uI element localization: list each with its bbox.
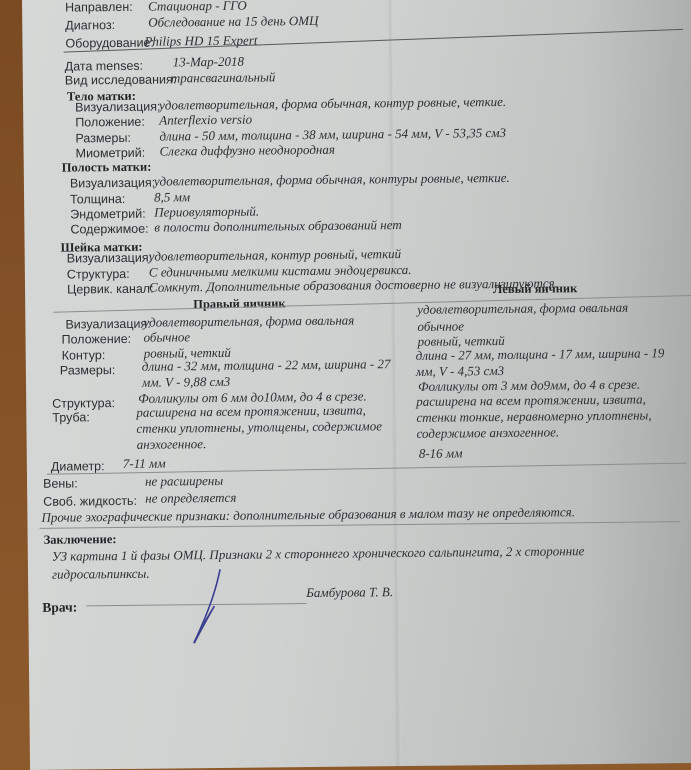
- left-ovary-visualization: удовлетворительная, форма овальная: [417, 300, 628, 318]
- right-ovary-position: обычное: [143, 329, 190, 345]
- ovary-position-label: Положение:: [61, 332, 131, 347]
- ovary-diameter-label: Диаметр:: [51, 459, 105, 474]
- left-ovary-tube: расширена на всем протяжении, извита, ст…: [416, 391, 676, 442]
- uterus-body-row-value: Anterflexio versio: [159, 112, 252, 129]
- right-ovary-tube: расширена на всем протяжении, извита, ст…: [136, 402, 396, 453]
- ovary-tube-label: Труба:: [52, 410, 90, 424]
- conclusion-title: Заключение:: [44, 532, 117, 548]
- right-ovary-title: Правый яичник: [193, 296, 286, 312]
- right-ovary-visualization: удовлетворительная, форма овальная: [143, 313, 354, 331]
- conclusion-text: УЗ картина 1 й фазы ОМЦ. Признаки 2 х ст…: [52, 541, 652, 583]
- left-ovary-diameter: 8-16 мм: [419, 445, 463, 461]
- diagnosis-label: Диагноз:: [65, 18, 115, 33]
- uterus-body-row-label: Визуализация:: [75, 100, 160, 115]
- menses-label: Дата menses:: [65, 59, 144, 74]
- doctor-label: Врач:: [42, 599, 77, 615]
- cervix-row-label: Структура:: [67, 267, 130, 282]
- uterus-cavity-row-label: Толщина:: [70, 192, 125, 207]
- left-ovary-size: длина - 27 мм, толщина - 17 мм, ширина -…: [416, 345, 686, 380]
- ovary-visualization-label: Визуализация:: [65, 317, 150, 332]
- ultrasound-report-page: Направлен: Стационар - ГГО Диагноз: Обсл…: [22, 0, 691, 770]
- veins-value: не расширены: [145, 473, 223, 490]
- free-fluid-value: не определяется: [145, 490, 236, 507]
- uterus-cavity-row-label: Содержимое:: [70, 222, 148, 237]
- uterus-cavity-row-value: удовлетворительная, форма обычная, конту…: [154, 170, 510, 190]
- referred-label: Направлен:: [65, 0, 133, 15]
- cervix-row-label: Визуализация:: [67, 251, 152, 266]
- menses-value: 13-Мар-2018: [173, 54, 244, 71]
- uterus-body-row-value: Слегка диффузно неоднородная: [160, 142, 335, 160]
- uterus-cavity-row-value: 8,5 мм: [154, 189, 190, 205]
- veins-label: Вены:: [43, 476, 78, 490]
- uterus-cavity-title: Полость матки:: [62, 160, 152, 176]
- free-fluid-label: Своб. жидкость:: [43, 494, 137, 509]
- right-ovary-diameter: 7-11 мм: [123, 456, 166, 472]
- uterus-body-row-label: Размеры:: [75, 131, 131, 146]
- doctor-name: Бамбурова Т. В.: [306, 584, 393, 601]
- exam-type-label: Вид исследования:: [65, 72, 177, 87]
- uterus-body-row-label: Положение:: [75, 115, 145, 130]
- diagnosis-value: Обследование на 15 день ОМЦ: [148, 13, 318, 31]
- ovary-size-label: Размеры:: [60, 363, 116, 378]
- uterus-cavity-row-label: Визуализация:: [70, 176, 155, 191]
- ovary-contour-label: Контур:: [62, 348, 106, 362]
- uterus-body-row-label: Миометрий:: [76, 146, 146, 161]
- uterus-body-row-value: удовлетворительная, форма обычная, конту…: [159, 94, 506, 114]
- exam-type-value: трансвагинальный: [171, 69, 276, 86]
- uterus-cavity-row-label: Эндометрий:: [70, 207, 146, 222]
- handwritten-signature-icon: [188, 568, 229, 648]
- right-ovary-size: длина - 32 мм, толщина - 22 мм, ширина -…: [142, 356, 392, 391]
- left-ovary-position: обычное: [417, 318, 464, 334]
- uterus-cavity-row-value: в полости дополнительных образований нет: [154, 217, 401, 236]
- referred-value: Стационар - ГГО: [148, 0, 247, 15]
- ovary-structure-label: Структура:: [52, 396, 115, 411]
- cervix-row-label: Цервик. канал:: [67, 282, 154, 297]
